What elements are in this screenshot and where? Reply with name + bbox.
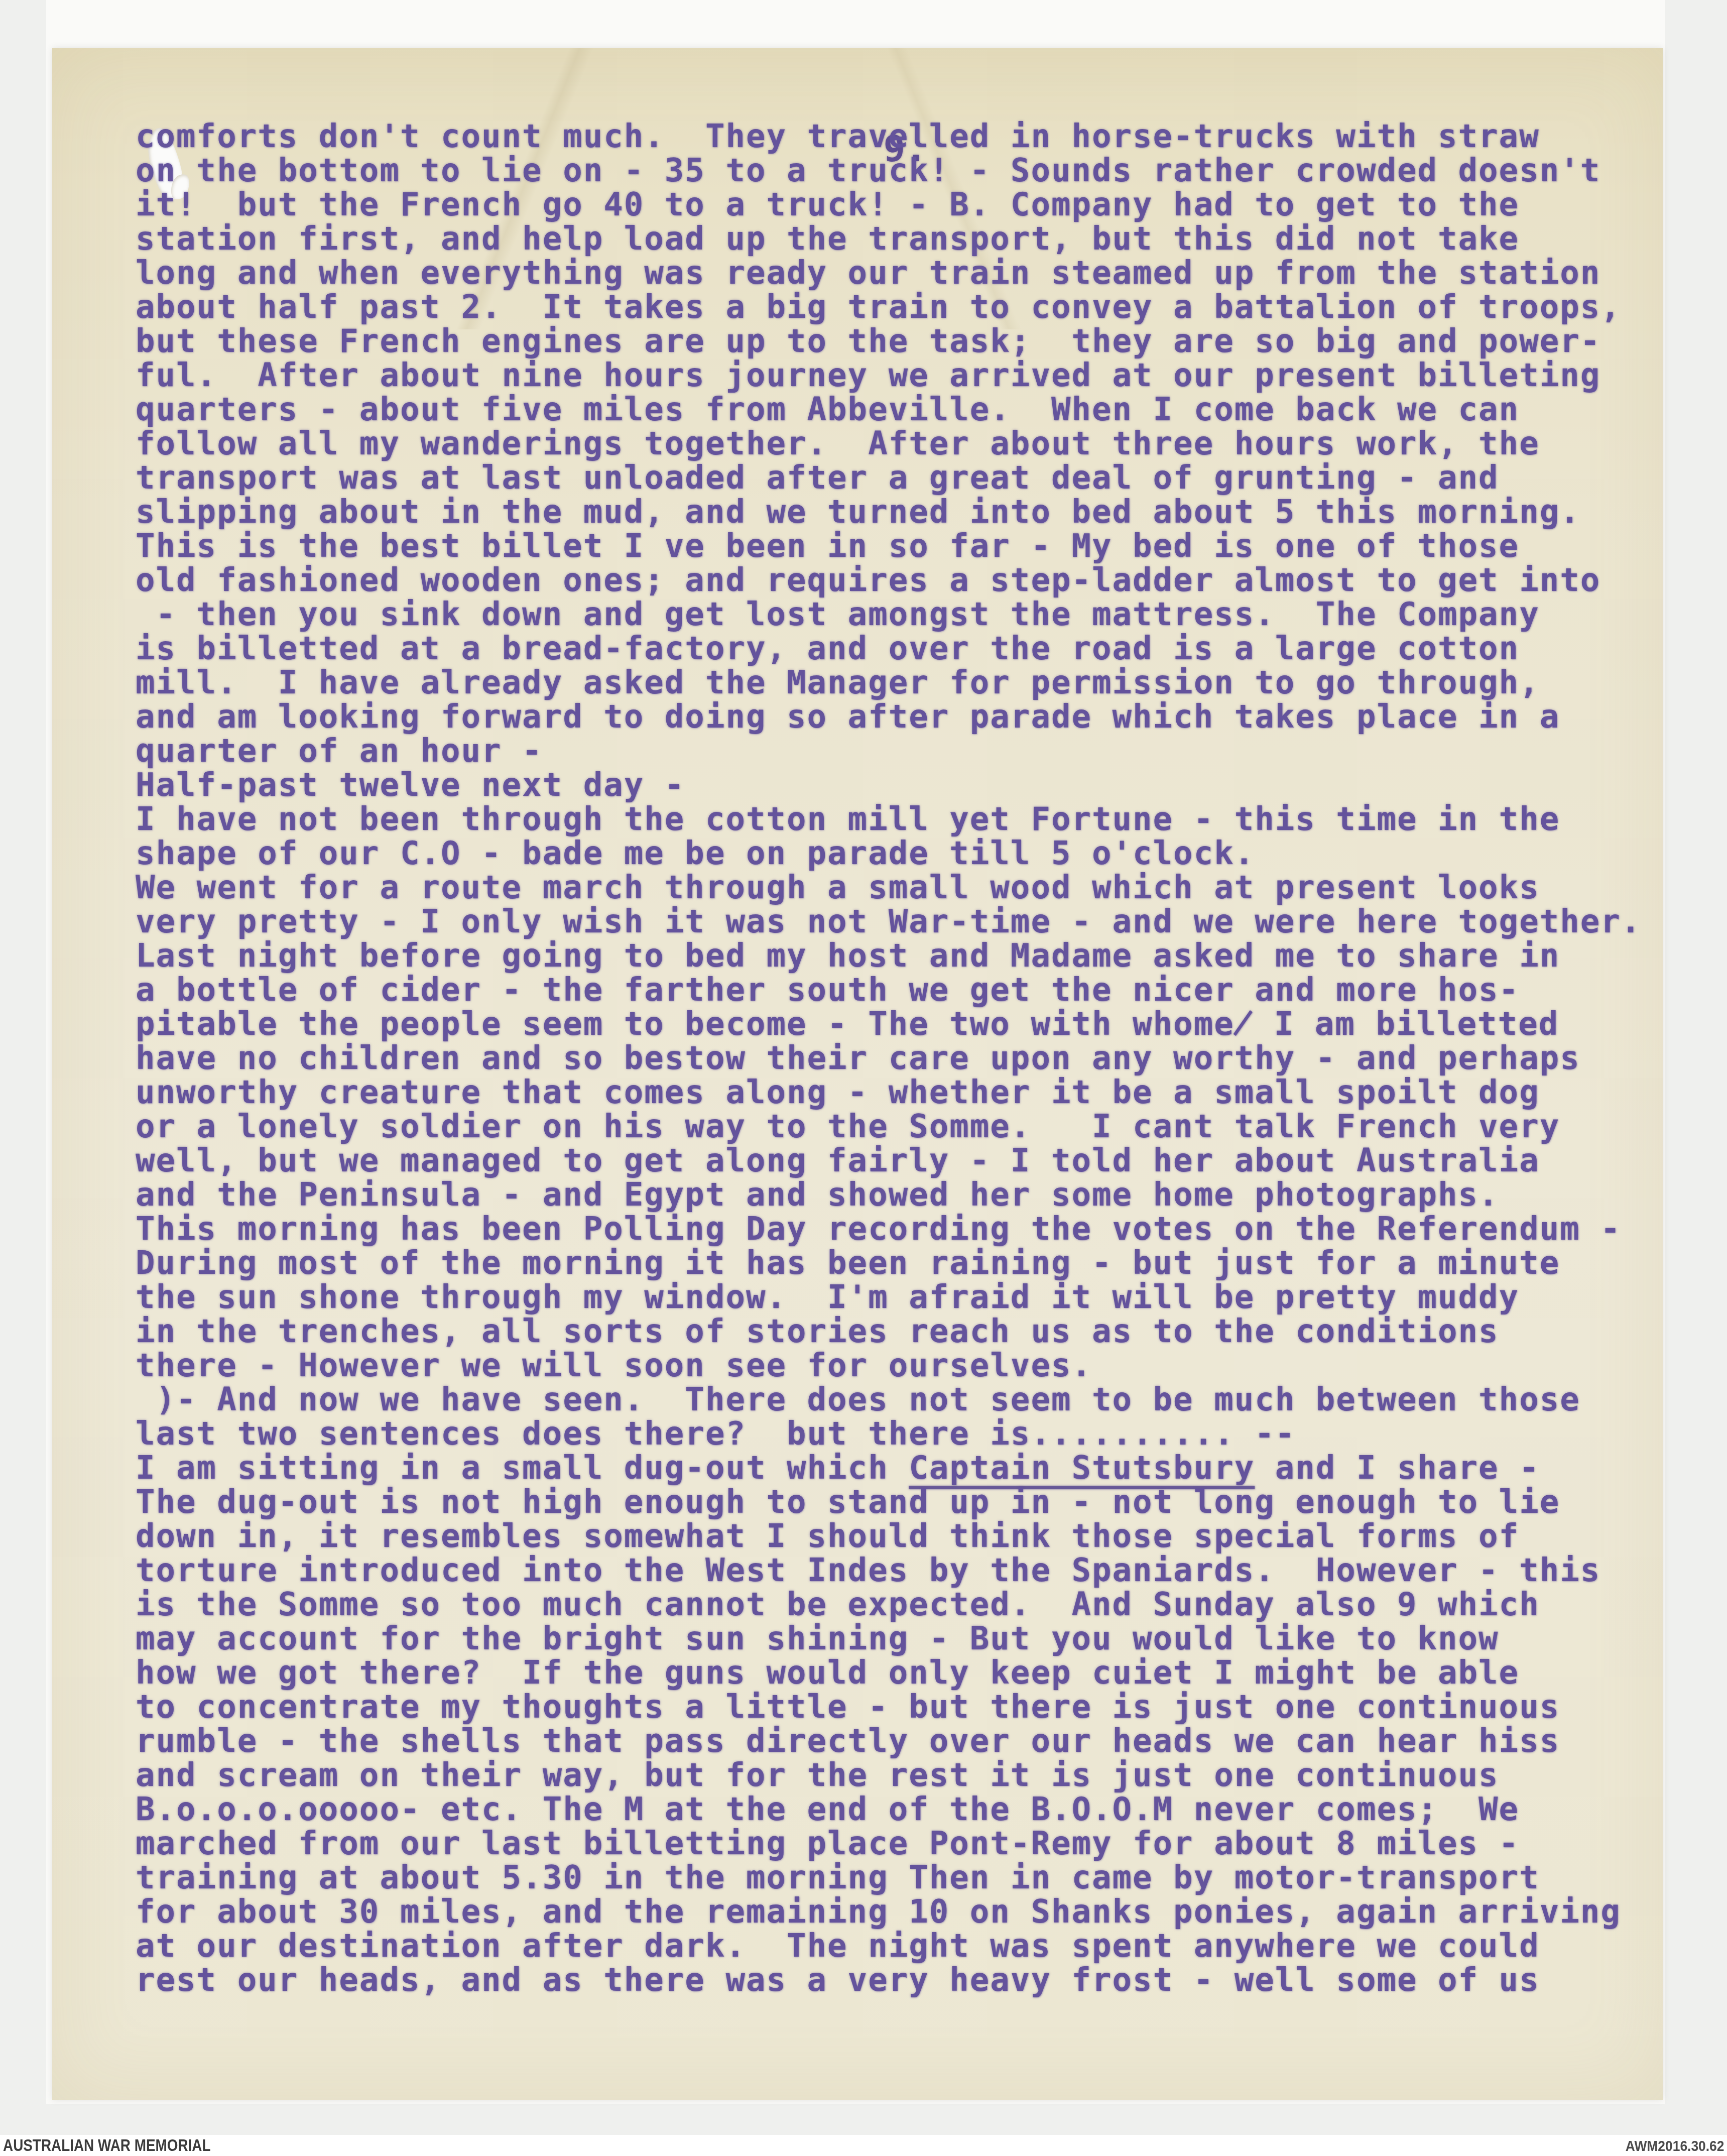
- letter-line: very pretty - I only wish it was not War…: [136, 905, 1653, 939]
- letter-line: I am sitting in a small dug-out which Ca…: [136, 1451, 1653, 1485]
- letter-line: down in, it resembles somewhat I should …: [136, 1519, 1653, 1553]
- footer-institution-label: AUSTRALIAN WAR MEMORIAL: [3, 2137, 211, 2154]
- letter-line: Last night before going to bed my host a…: [136, 939, 1653, 973]
- letter-line: This is the best billet I ve been in so …: [136, 529, 1653, 563]
- letter-line: and scream on their way, but for the res…: [136, 1758, 1653, 1792]
- letter-line: how we got there? If the guns would only…: [136, 1656, 1653, 1690]
- letter-line: training at about 5.30 in the morning Th…: [136, 1861, 1653, 1895]
- letter-line: slipping about in the mud, and we turned…: [136, 495, 1653, 529]
- letter-line: may account for the bright sun shining -…: [136, 1622, 1653, 1656]
- letter-page: 9. comforts don't count much. They trave…: [52, 48, 1663, 2100]
- letter-line: long and when everything was ready our t…: [136, 256, 1653, 290]
- letter-line: ful. After about nine hours journey we a…: [136, 358, 1653, 393]
- letter-line: pitable the people seem to become - The …: [136, 1007, 1653, 1041]
- letter-line: This morning has been Polling Day record…: [136, 1212, 1653, 1246]
- letter-line: B.o.o.o.ooooo- etc. The M at the end of …: [136, 1792, 1653, 1827]
- letter-line: or a lonely soldier on his way to the So…: [136, 1110, 1653, 1144]
- letter-line: the sun shone through my window. I'm afr…: [136, 1280, 1653, 1314]
- letter-line: in the trenches, all sorts of stories re…: [136, 1314, 1653, 1349]
- letter-line: there - However we will soon see for our…: [136, 1349, 1653, 1383]
- letter-line: We went for a route march through a smal…: [136, 871, 1653, 905]
- letter-line: quarter of an hour -: [136, 734, 1653, 768]
- letter-line: about half past 2. It takes a big train …: [136, 290, 1653, 324]
- catalog-footer: AUSTRALIAN WAR MEMORIAL AWM2016.30.62: [0, 2135, 1727, 2156]
- letter-line: comforts don't count much. They travelle…: [136, 119, 1653, 154]
- letter-line: have no children and so bestow their car…: [136, 1041, 1653, 1075]
- letter-line: I have not been through the cotton mill …: [136, 802, 1653, 836]
- letter-line: and am looking forward to doing so after…: [136, 700, 1653, 734]
- letter-line: to concentrate my thoughts a little - bu…: [136, 1690, 1653, 1724]
- letter-line: at our destination after dark. The night…: [136, 1929, 1653, 1963]
- letter-line: unworthy creature that comes along - whe…: [136, 1075, 1653, 1110]
- letter-line: rest our heads, and as there was a very …: [136, 1963, 1653, 1997]
- letter-line: - then you sink down and get lost amongs…: [136, 597, 1653, 632]
- letter-line: marched from our last billetting place P…: [136, 1827, 1653, 1861]
- letter-line: mill. I have already asked the Manager f…: [136, 666, 1653, 700]
- letter-line: well, but we managed to get along fairly…: [136, 1144, 1653, 1178]
- letter-line: shape of our C.O - bade me be on parade …: [136, 836, 1653, 871]
- letter-line: a bottle of cider - the farther south we…: [136, 973, 1653, 1007]
- footer-accession-number: AWM2016.30.62: [1625, 2139, 1724, 2154]
- letter-line: and the Peninsula - and Egypt and showed…: [136, 1178, 1653, 1212]
- letter-line: station first, and help load up the tran…: [136, 222, 1653, 256]
- letter-line: Half-past twelve next day -: [136, 768, 1653, 802]
- letter-line: is the Somme so too much cannot be expec…: [136, 1588, 1653, 1622]
- letter-line: is billetted at a bread-factory, and ove…: [136, 632, 1653, 666]
- letter-line: During most of the morning it has been r…: [136, 1246, 1653, 1280]
- letter-line: quarters - about five miles from Abbevil…: [136, 393, 1653, 427]
- letter-line: torture introduced into the West Indes b…: [136, 1553, 1653, 1588]
- letter-line: )- And now we have seen. There does not …: [136, 1383, 1653, 1417]
- letter-body: comforts don't count much. They travelle…: [136, 119, 1653, 1997]
- letter-line: on the bottom to lie on - 35 to a truck!…: [136, 154, 1653, 188]
- scan-background: 9. comforts don't count much. They trave…: [0, 0, 1727, 2156]
- letter-line: last two sentences does there? but there…: [136, 1417, 1653, 1451]
- letter-line: rumble - the shells that pass directly o…: [136, 1724, 1653, 1758]
- letter-line: for about 30 miles, and the remaining 10…: [136, 1895, 1653, 1929]
- letter-line: but these French engines are up to the t…: [136, 324, 1653, 358]
- letter-line: follow all my wanderings together. After…: [136, 427, 1653, 461]
- letter-line: transport was at last unloaded after a g…: [136, 461, 1653, 495]
- underlined-phrase: Captain Stutsbury: [909, 1450, 1255, 1487]
- letter-line: old fashioned wooden ones; and requires …: [136, 563, 1653, 597]
- letter-line: The dug-out is not high enough to stand …: [136, 1485, 1653, 1519]
- letter-line: it! but the French go 40 to a truck! - B…: [136, 188, 1653, 222]
